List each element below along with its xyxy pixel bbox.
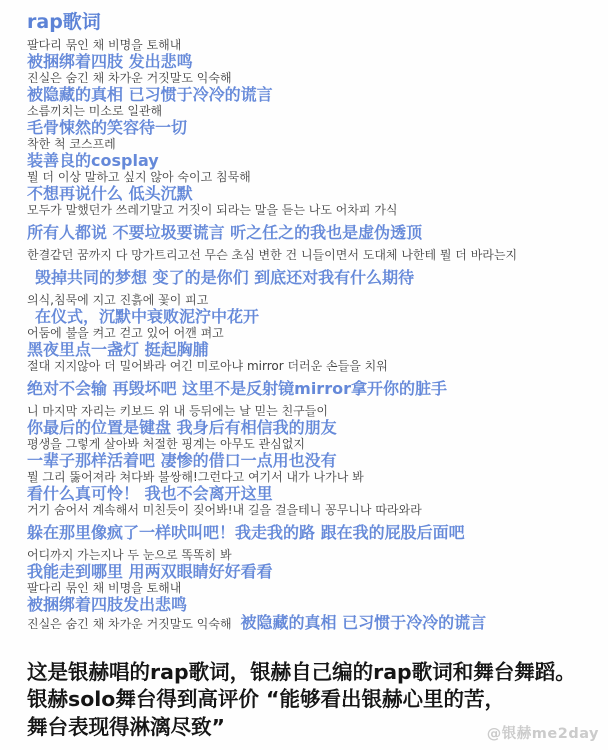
lyric-line-ko: 어둠에 불을 켜고 걷고 있어 어깬 펴고 — [27, 326, 600, 341]
lyric-line-zh: 被捆绑着四肢 发出悲鸣 — [27, 53, 600, 72]
lyric-line-ko: 뭘 더 이상 말하고 싶지 않아 숙이고 침묵해 — [27, 170, 600, 185]
lyric-line-zh: 被隐藏的真相 已习惯于冷冷的谎言 — [27, 86, 600, 105]
lyric-line-ko: 의식,침묵에 지고 진흙에 꽃이 피고 — [27, 293, 600, 308]
lyric-line-ko: 착한 척 코스프레 — [27, 137, 600, 152]
lyric-line-zh: 绝对不会输 再毁坏吧 这里不是反射镜mirror拿开你的脏手 — [27, 380, 600, 399]
lyric-line-ko: 소름끼치는 미소로 일관해 — [27, 104, 600, 119]
lyric-line-zh: 在仪式，沉默中衰败泥泞中花开 — [27, 308, 600, 327]
caption-line: 这是银赫唱的rap歌词，银赫自己编的rap歌词和舞台舞蹈。 — [27, 659, 600, 687]
caption-line: 银赫solo舞台得到高评价 “能够看出银赫心里的苦， — [27, 686, 600, 714]
lyric-line-ko: 니 마지막 자리는 키보드 위 내 등뒤에는 날 믿는 친구들이 — [27, 404, 600, 419]
lyric-line-zh: 黑夜里点一盏灯 挺起胸脯 — [27, 341, 600, 360]
post-image: rap歌词 팔다리 묶인 채 비명을 토해내被捆绑着四肢 发出悲鸣진실은 숨긴 … — [0, 0, 608, 741]
lyric-korean-part: 진실은 숨긴 채 차가운 거짓말도 익숙해 — [27, 617, 232, 631]
watermark: @银赫me2day — [487, 722, 599, 743]
lyric-line-ko: 진실은 숨긴 채 차가운 거짓말도 익숙해 — [27, 71, 600, 86]
lyric-line-ko: 평생을 그렇게 살아봐 처절한 핑계는 아무도 관심없지 — [27, 437, 600, 452]
lyric-line-ko: 뭘 그리 뚫어져라 쳐다봐 불쌍해!그런다고 여기서 내가 나가나 봐 — [27, 470, 600, 485]
lyrics-title: rap歌词 — [27, 11, 600, 34]
lyric-line-mixed: 진실은 숨긴 채 차가운 거짓말도 익숙해被隐藏的真相 已习惯于冷冷的谎言 — [27, 614, 600, 633]
lyric-line-zh: 装善良的cosplay — [27, 152, 600, 171]
lyric-line-zh: 被捆绑着四肢发出悲鸣 — [27, 596, 600, 615]
lyric-line-ko: 절대 지지않아 더 밀어봐라 여긴 미로아냐 mirror 더러운 손들을 치워 — [27, 359, 600, 374]
lyric-line-zh: 毁掉共同的梦想 变了的是你们 到底还对我有什么期待 — [27, 269, 600, 288]
lyric-chinese-part: 被隐藏的真相 已习惯于冷冷的谎言 — [241, 613, 487, 632]
lyric-line-zh: 我能走到哪里 用两双眼睛好好看看 — [27, 563, 600, 582]
lyric-line-zh: 躲在那里像疯了一样吠叫吧！我走我的路 跟在我的屁股后面吧 — [27, 524, 600, 543]
lyric-line-ko: 거기 숨어서 계속해서 미친듯이 짖어봐!내 길을 걸을테니 꽁무니나 따라와라 — [27, 503, 600, 518]
lyric-line-zh: 所有人都说 不要垃圾要谎言 听之任之的我也是虚伪透顶 — [27, 224, 600, 243]
lyric-line-ko: 한결같던 꿈까지 다 망가트리고선 무슨 초심 변한 건 니들이면서 도대체 나… — [27, 248, 600, 263]
lyric-line-zh: 毛骨悚然的笑容待一切 — [27, 119, 600, 138]
lyric-line-zh: 不想再说什么 低头沉默 — [27, 185, 600, 204]
lyric-line-zh: 看什么真可怜！ 我也不会离开这里 — [27, 485, 600, 504]
lyric-line-zh: 一辈子那样活着吧 凄惨的借口一点用也没有 — [27, 452, 600, 471]
lyrics-block: 팔다리 묶인 채 비명을 토해내被捆绑着四肢 发出悲鸣진실은 숨긴 채 차가운 … — [27, 38, 600, 633]
lyric-line-zh: 你最后的位置是键盘 我身后有相信我的朋友 — [27, 419, 600, 438]
lyric-line-ko: 모두가 말했던가 쓰레기말고 거짓이 되라는 말을 듣는 나도 어차피 가식 — [27, 203, 600, 218]
lyric-line-ko: 팔다리 묶인 채 비명을 토해내 — [27, 38, 600, 53]
lyric-line-ko: 팔다리 묶인 채 비명을 토해내 — [27, 581, 600, 596]
lyric-line-ko: 어디까지 가는지나 두 눈으로 똑똑히 봐 — [27, 548, 600, 563]
